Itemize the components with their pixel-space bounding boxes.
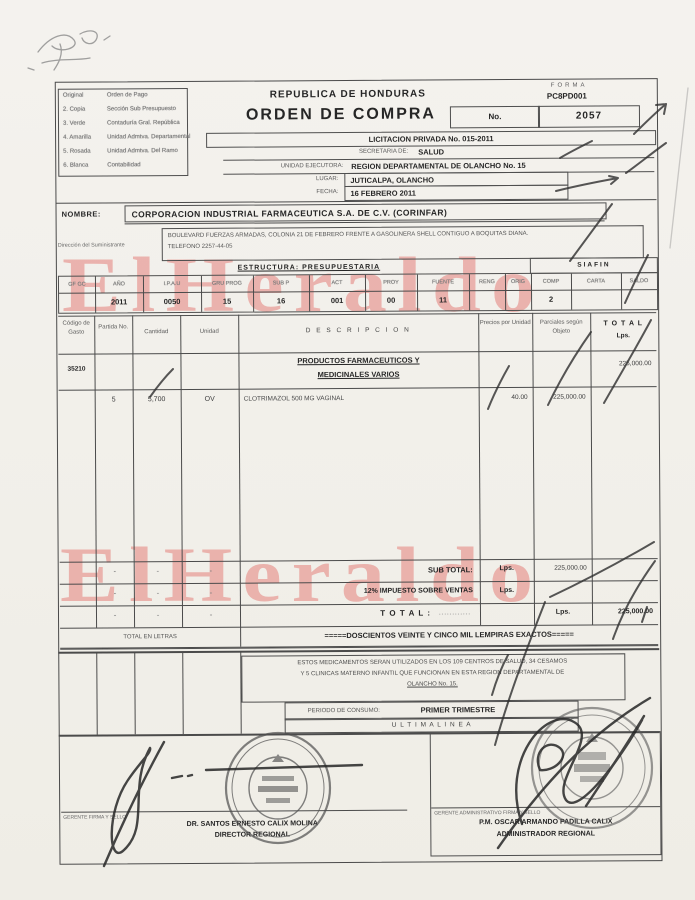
pen-marks-layer <box>0 0 695 900</box>
scanned-document-page: ElHeraldo ElHeraldo Original Orden de Pa… <box>0 0 695 900</box>
